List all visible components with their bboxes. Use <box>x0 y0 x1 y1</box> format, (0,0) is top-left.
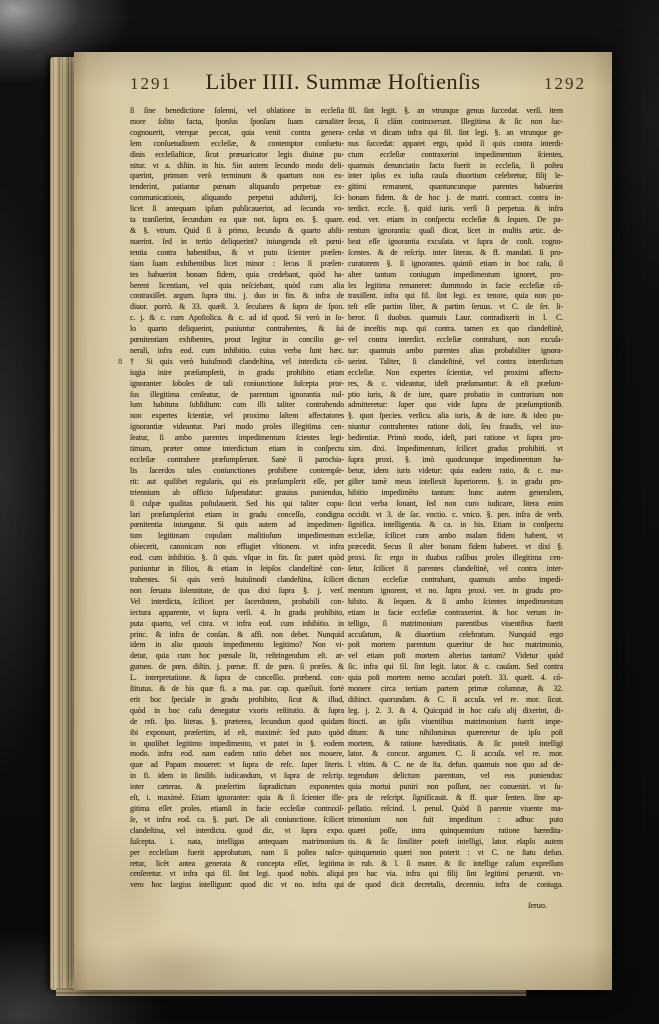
text-line: de quod dicit decretalis, decennio. infr… <box>348 880 563 891</box>
text-line: ſtitutus. & de his quæ fi. a ma. par. ca… <box>130 684 344 695</box>
text-line: leg. j. 2. 3. & 4. Quicquid in hoc caſu … <box>348 706 563 717</box>
text-column-left: ſi ſine benedictione ſolenni, vel oblati… <box>130 106 344 891</box>
text-line: rit: aut quilibet regularis, qui eis præ… <box>130 477 344 488</box>
text-line: ſcentes. & de reſcrip. inter literas. & … <box>348 248 563 259</box>
page-number-right: 1292 <box>544 74 586 94</box>
text-line: l. vltim. & C. ne de ſta. defun. quamuis… <box>348 760 563 771</box>
text-line: eccleſiæ contrahere præſumpſerunt. Sanè … <box>130 455 344 466</box>
text-line: poſt mortem parentum quæritur de hoc mat… <box>348 640 563 651</box>
text-line: fil. ſint legit. §. an vtrunque genus ſu… <box>348 106 563 117</box>
text-line: lem conſuetudinem eccleſiæ, & contemptor… <box>130 139 344 150</box>
text-line: quia poſt mortem nemo accuſari poteſt. 3… <box>348 673 563 684</box>
text-line: monere circa tertiam partem primæ column… <box>348 684 563 695</box>
text-line: in fi. idem in ſimilib. iudicandum, vt ſ… <box>130 771 344 782</box>
text-line: alter tantum coniugum impedimentum ignor… <box>348 270 563 281</box>
text-line: non ſeruata ſolennitate, de qua dixi ſup… <box>130 586 344 597</box>
text-line: ſecus, ſi clám contraxerunt. Illegitima … <box>348 117 563 128</box>
text-line: diuor. porrò. & 33. quæſt. 3. ſeculares … <box>130 302 344 313</box>
text-line: accuſatum, & diuortium celebratum. Nunqu… <box>348 630 563 641</box>
text-line: mortem, & ratione hæreditatis. & ſic pot… <box>348 739 563 750</box>
margin-gloss-number: 8 <box>118 356 122 366</box>
text-line: quæ ad Papam moueret: vt ſupra de reſc. … <box>130 760 344 771</box>
text-line: nus ſuccedat: apparet ergo, quòd ſi quis… <box>348 139 563 150</box>
text-line: L. interpretatione. & ſupra de conceſſio… <box>130 673 344 684</box>
text-line: obiecerit, canonicam non effugiet vltion… <box>130 542 344 553</box>
text-line: ditum: & tunc nihilominus quæreretur de … <box>348 728 563 739</box>
text-line: ta tranſierint, ſecundum ea quæ not. ſup… <box>130 215 344 226</box>
text-line: idem in alio quouis impedimento legitimo… <box>130 640 344 651</box>
text-line: pœnitentiam exhibentes, prout legitur in… <box>130 335 344 346</box>
text-line: ibi exponunt, præſertim, id eſt, maximè:… <box>130 728 344 739</box>
text-line: eſt, i. maximè. Etiam ignoranter: quia &… <box>130 793 344 804</box>
text-line: §. quot ſpecies. verſicu. alia iuris, & … <box>348 411 563 422</box>
text-line: bedientiæ. Primò modo, ideſt, pari ratio… <box>348 433 563 444</box>
text-line: ſi culpæ qualitas poſtulauerit. Sed his … <box>130 499 344 510</box>
text-line: quòd in hoc caſu denegatur vxoris reſtit… <box>130 706 344 717</box>
text-line: iectura apparente, vt ſupra verſi. 4. In… <box>130 608 344 619</box>
text-line: telligo, ſi matrimonium parentibus viuen… <box>348 619 563 630</box>
text-line: trahentes. Si quis verò huiuſmodi clande… <box>130 575 344 586</box>
text-line: cognouerit, vterque peccat, quia venit c… <box>130 128 344 139</box>
scanned-book-photo: 1291 Liber IIII. Summæ Hoſtienſis 1292 8… <box>0 0 659 1024</box>
catchword: ſeruo. <box>348 901 563 910</box>
text-line: de inceſtis nup. qui contra. tamen ex qu… <box>348 324 563 335</box>
text-line: puta quarto, vel citra. vt infra eod. cu… <box>130 619 344 630</box>
text-line: iugia inire præſumpſerit, in gradu prohi… <box>130 368 344 379</box>
text-line: tes habuerint bonam fidem, quia credeban… <box>130 270 344 281</box>
text-line: eccleſiæ, ſcilicet cum ambo malam fidem … <box>348 531 563 542</box>
book-page-stack-edge <box>50 57 75 990</box>
text-line: mentum ignorent, vt no. ſupra proxi. ver… <box>348 586 563 597</box>
text-line: berent licentiam, vel quia neſciebant, q… <box>130 281 344 292</box>
text-line: clandeſtina, vel interdicta. quod dic, v… <box>130 826 344 837</box>
text-line: de reſt. ſpo. literas. §. præterea, ſecu… <box>130 717 344 728</box>
text-line: c. j. & c. cum Apoſtolica. & c. ad id qu… <box>130 313 344 324</box>
text-line: quinquennio quæri non poterit : vt C. ne… <box>348 848 563 859</box>
text-line: vero hoc largius intelligunt: quod dic v… <box>130 880 344 891</box>
text-line: timum, præter omne interdictum etiam in … <box>130 444 344 455</box>
text-line: ſe, vt infra eod. ca. §. pari. De ali co… <box>130 815 344 826</box>
text-line: tenderint, patiantur pœnam aliquando per… <box>130 182 344 193</box>
text-line: nuerint. ſed in tertio deliquerint? iniu… <box>130 237 344 248</box>
text-line: giſter tamē meus intellexit ſuperiorem. … <box>348 477 563 488</box>
text-line: ſignifica. intelligentia. & ca. in his. … <box>348 520 563 531</box>
text-line: quæri poſſe, intra quinquennium ratione … <box>348 826 563 837</box>
text-line: traxiſſent. infra qui fil. ſint legi. ex… <box>348 291 563 302</box>
text-line: pro hac via. infra qui filij ſint legiti… <box>348 869 563 880</box>
text-line: nitur. vt a. diſtin. in his. Sin autem ſ… <box>130 161 344 172</box>
text-line: uerint. Taliter, ſi clandeſtinè, vel con… <box>348 357 563 368</box>
text-line: ſicut verba ſonant, ſed non curo iudicar… <box>348 499 563 510</box>
text-line: ſuſcepta. i. nata, intelligas antequam m… <box>130 837 344 848</box>
text-line: dictum eccleſiæ contrahant, quamuis ambo… <box>348 575 563 586</box>
text-line: ſtincti. an ipſis viuentibus matrimonium… <box>348 717 563 728</box>
text-line: curatorem §. ſi ignorantes. quintò etiam… <box>348 259 563 270</box>
text-line: eod. cum inhibitio. §. ſi quis. vſque in… <box>130 553 344 564</box>
text-line: eccleſiæ. Non expertes ſcientiæ, vel pro… <box>348 368 563 379</box>
text-line: gumen. de pœn. diſtin. j. pœnæ. ff. de p… <box>130 662 344 673</box>
text-line: proxi. ſic ergo in duabus caſibus proles… <box>348 553 563 564</box>
text-line: inter ipſos ex iuſta cauſa diuortium cel… <box>348 171 563 182</box>
text-line: vel etiam poſt mortem alterius tantum? V… <box>348 651 563 662</box>
text-line: betur, idem iuris videtur: quia eadem ra… <box>348 466 563 477</box>
text-line: lari præſumpſerint etiam in gradu conceſ… <box>130 510 344 521</box>
text-line: querint, primum verò terminum & quartum … <box>130 171 344 182</box>
text-line: triennium ab officio ſuſpendatur: grauiu… <box>130 488 344 499</box>
text-line: detur, quia cum hoc pœnale ſit, reſtring… <box>130 651 344 662</box>
text-line: ſi ſine benedictione ſolenni, vel oblati… <box>130 106 344 117</box>
text-line: cedat vt dicam infra qui fil. ſint legi.… <box>348 128 563 139</box>
text-line: lis ſacerdos tales coniunctiones prohibe… <box>130 466 344 477</box>
text-line: contraxiſſet. argum. ſupra titu. j. duo … <box>130 291 344 302</box>
text-line: terdict. eccle. §. quid iuris. verſi ſi … <box>348 204 563 215</box>
text-line: in quolibet legitimo impedimento, vt pat… <box>130 739 344 750</box>
text-line: pra de reſcript. ſignificauit. & ff. quæ… <box>348 793 563 804</box>
text-line: ſupra proxi. §. imò quodcunque impedimen… <box>348 455 563 466</box>
text-line: hibitio impedimēto tantum: hunc autem ge… <box>348 488 563 499</box>
text-line: lator. & concor. argumen. C. ſi accuſa. … <box>348 749 563 760</box>
text-line: quamuis denunciatio facta fuerit in eccl… <box>348 161 563 172</box>
text-line: niuntur contrahentes ratione doli, ſeu f… <box>348 422 563 433</box>
text-line: lum habitura ſubſidium: cum illi taliter… <box>130 400 344 411</box>
text-line: hibito. & ſequen. & ſi ambo ſcientes imp… <box>348 597 563 608</box>
text-line: nerali, infra eod. cum inhibitio. cuius … <box>130 346 344 357</box>
text-line: gitimi remanent, quantuncunque parentes … <box>348 182 563 193</box>
text-line: † Si quis verò huiuſmodi clandeſtina, ve… <box>130 357 344 368</box>
text-line: præcedit. Secus ſi alter bonam fidem hab… <box>348 542 563 553</box>
text-line: princ. & infra de conſan. & affi. non de… <box>130 630 344 641</box>
text-line: tentia contra habentibus, & vt puto ſcie… <box>130 248 344 259</box>
text-line: ſeatur, ſi ambo parentes impedimentum ſc… <box>130 433 344 444</box>
text-line: teſt eſſe partim liber, & partim ſeruus.… <box>348 302 563 313</box>
text-line: cenſeretur. vt infra qui fil. ſint legi.… <box>130 869 344 880</box>
text-line: retur, licèt antea generata & concepta e… <box>130 859 344 870</box>
catchword-container: ſeruo. <box>348 892 563 910</box>
text-line: xim. dixi. Impedimentum, ſcilicet gradus… <box>348 444 563 455</box>
text-line: tis. & ſic ſimiliter poteſt intelligi, l… <box>348 837 563 848</box>
text-line: vel contra interdict. eccleſiæ contrahun… <box>348 335 563 346</box>
text-line: pellatio. reſcind. l. penul. Quòd ſi par… <box>348 804 563 815</box>
text-line: non expertes ſcientiæ, vel proximo ſalte… <box>130 411 344 422</box>
text-line: beror. ſi duobus. quamuis Laur. contradi… <box>348 313 563 324</box>
text-line: erit hoc ſpeciale in gradu prohibito, ſi… <box>130 695 344 706</box>
text-line: ignoranter ſoboles de tali coniunctione … <box>130 379 344 390</box>
text-line: eod. ver. etiam in conſpectu eccleſiæ & … <box>348 215 563 226</box>
text-line: tum legitimam copulam malitioſum impedim… <box>130 531 344 542</box>
text-line: occidit. vt 3. de ſac. vnctio. c. vnico.… <box>348 510 563 521</box>
text-line: tegendum delictum parentum, vel eos puni… <box>348 771 563 782</box>
text-line: Vel interdicta, ſcilicet per ſacerdotem,… <box>130 597 344 608</box>
text-line: lo quarto deliquerint, puniuntur contrah… <box>130 324 344 335</box>
text-column-right: fil. ſint legit. §. an vtrunque genus ſu… <box>348 106 563 891</box>
text-line: trimonium non fuit impeditum : adhuc put… <box>348 815 563 826</box>
text-line: tur: quamuis ambo parentes alias probabi… <box>348 346 563 357</box>
text-line: beat eſſe ignorantia excuſata. vt ſupra … <box>348 237 563 248</box>
text-line: gitima eſſet proles. etiamſi in facie ec… <box>130 804 344 815</box>
text-line: etiam in facie eccleſiæ contraxerint. & … <box>348 608 563 619</box>
text-line: in rub. & l. ſi mater. & ſic intellige c… <box>348 859 563 870</box>
text-line: diſtinct. quorundam. & C. ſi accuſa. vel… <box>348 695 563 706</box>
text-line: admitteretur: ſuper quo vide ſupra de pr… <box>348 400 563 411</box>
text-line: quia mortui puniri non poſſunt, nec conu… <box>348 782 563 793</box>
text-line: ctum eccleſiæ contraxerint impedimentum … <box>348 150 563 161</box>
text-line: communicationis, aliquando perpetui adul… <box>130 193 344 204</box>
text-line: ſus illegitima cenſeatur, de parentum ig… <box>130 390 344 401</box>
text-line: puniuntur in filios, & etiam in ſeipſos … <box>130 564 344 575</box>
running-title: Liber IIII. Summæ Hoſtienſis <box>144 69 542 95</box>
text-line: & §. vtrum. Quid ſi à primo, ſecundo & q… <box>130 226 344 237</box>
text-line: ſic. infra qui fil. ſint legit. lator. &… <box>348 662 563 673</box>
text-line: ignorantiæ videantur. Pari modo proles i… <box>130 422 344 433</box>
text-line: pœnitentia iniungatur. Si quis autem ad … <box>130 520 344 531</box>
text-line: les legitima remaneret: dummodo in facie… <box>348 281 563 292</box>
text-line: licet ſi antequam ipſum publicauerint, a… <box>130 204 344 215</box>
text-line: per eccleſiam fuerit approbatum, nam ſi … <box>130 848 344 859</box>
book-page: 1291 Liber IIII. Summæ Hoſtienſis 1292 8… <box>74 52 612 990</box>
text-line: modo. infra eod. nam eadem ratio debet n… <box>130 749 344 760</box>
text-line: dinis eccleſiaſticæ, ſicut præuaricator … <box>130 150 344 161</box>
text-line: ptio iuris, & de iure, quare probatio in… <box>348 390 563 401</box>
text-line: bonam fidem. & de hoc j. de matri. contr… <box>348 193 563 204</box>
text-line: rentum ignorantia: quaſi dicat, licet in… <box>348 226 563 237</box>
text-line: tiam ſuam exhibentibus licet minor : ſec… <box>130 259 344 270</box>
text-line: more ſolito facta, ſponſus ſponſam ſuam … <box>130 117 344 128</box>
text-line: res, & c. videantur, ideſt præſumantur: … <box>348 379 563 390</box>
text-line: ſetur, ſcilicet ſi parentes clandeſtinè,… <box>348 564 563 575</box>
text-line: inter cæteras. & præſertim ſupradictum e… <box>130 782 344 793</box>
